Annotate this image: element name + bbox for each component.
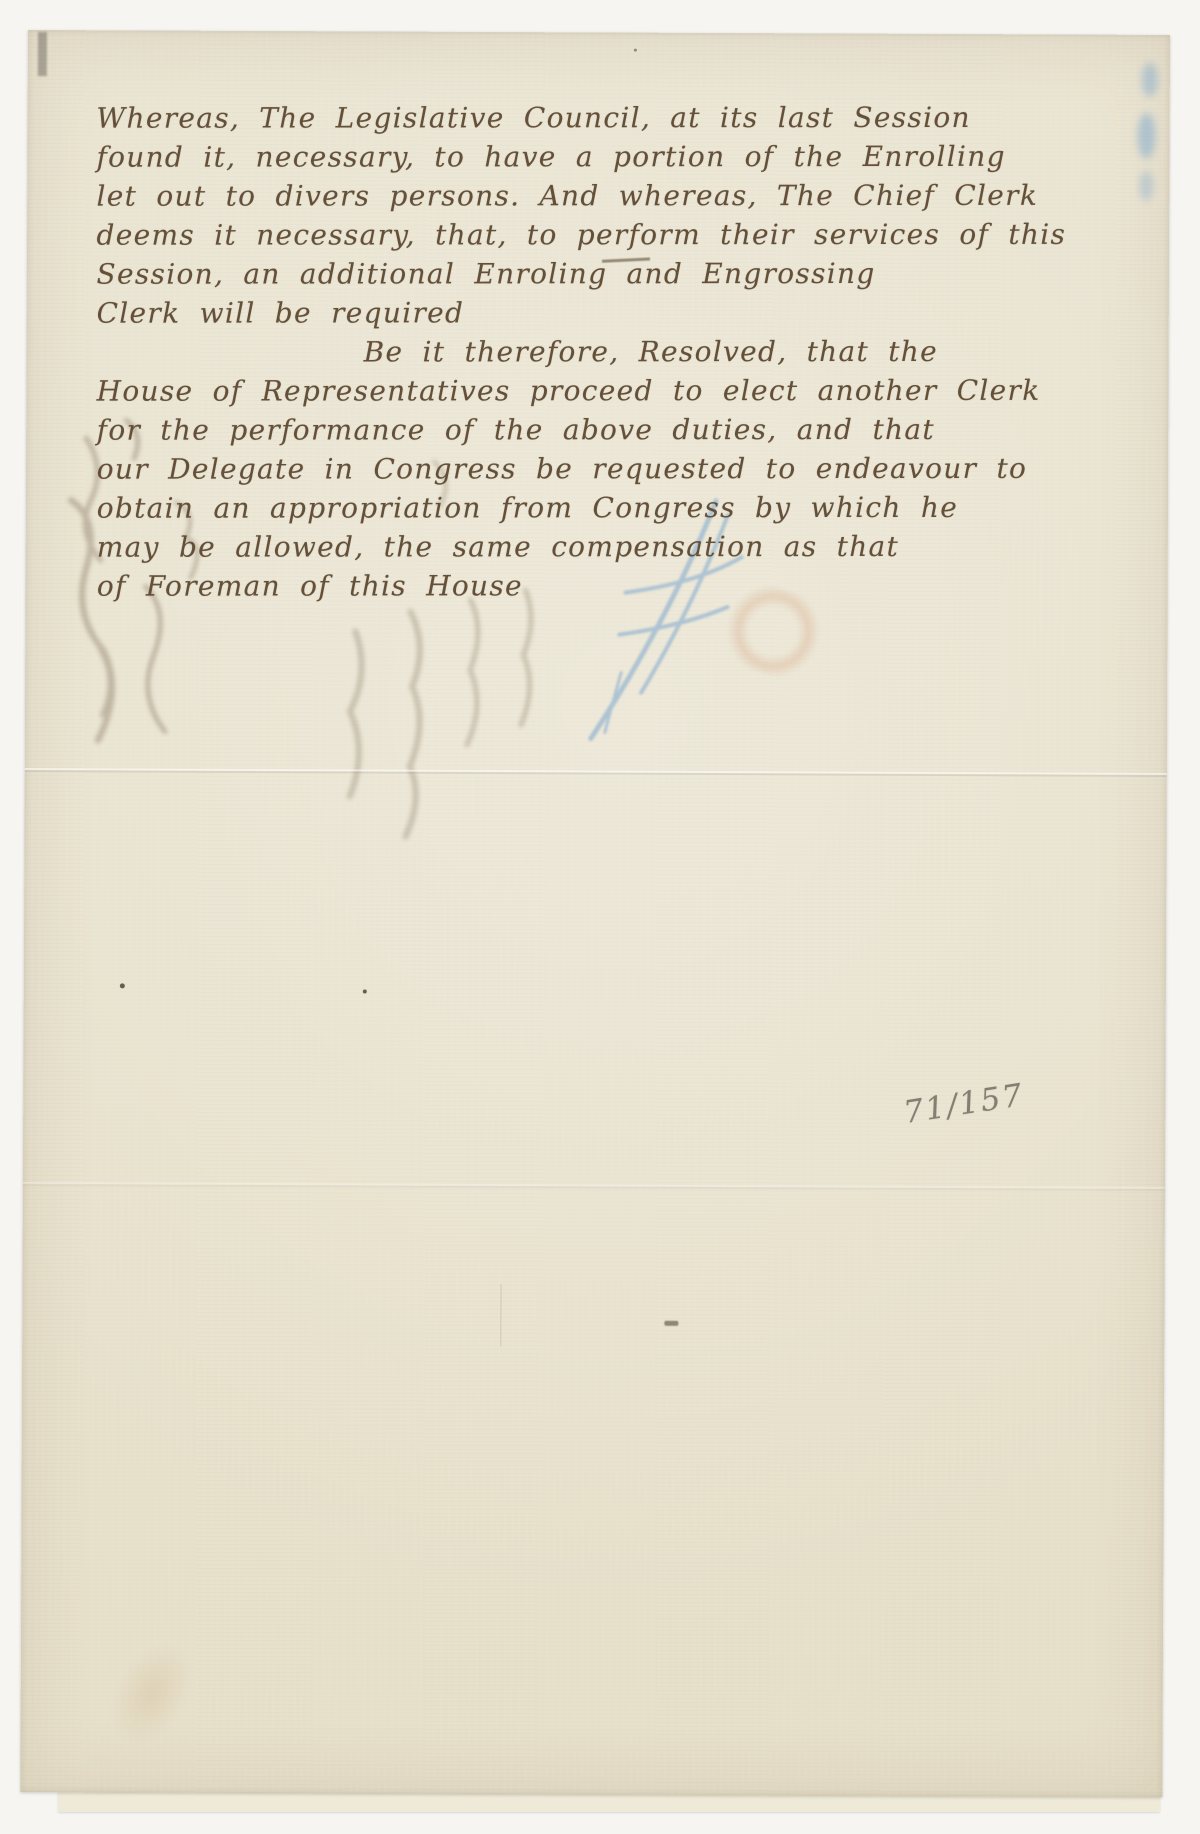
manuscript-line-6: Clerk will be required — [97, 293, 1007, 333]
blue-edge-smudge — [1142, 63, 1158, 97]
manuscript-line-5: Session, an additional Enroling and Engr… — [97, 254, 1007, 294]
manuscript-line-2: found it, necessary, to have a portion o… — [96, 137, 1006, 177]
manuscript-page: Whereas, The Legislative Council, at its… — [20, 30, 1170, 1797]
manuscript-line-13: of Foreman of this House — [97, 566, 1007, 606]
manuscript-line-1: Whereas, The Legislative Council, at its… — [96, 98, 1006, 138]
manuscript-line-12: may be allowed, the same compensation as… — [97, 527, 1007, 567]
paper-scratch — [500, 1284, 501, 1346]
fold-crease — [25, 768, 1167, 777]
fold-crease-faint — [23, 1182, 1165, 1191]
archival-number-annotation: 71/157 — [901, 1077, 1026, 1131]
ink-speck — [120, 983, 125, 988]
manuscript-text: Whereas, The Legislative Council, at its… — [96, 98, 1006, 606]
paper-stain — [95, 1629, 209, 1759]
manuscript-line-4: deems it necessary, that, to perform the… — [96, 215, 1006, 255]
blue-edge-smudge — [1139, 171, 1153, 201]
manuscript-line-7: Be it therefore, Resolved, that the — [97, 332, 1007, 372]
manuscript-line-11: obtain an appropriation from Congress by… — [97, 488, 1007, 528]
scan-edge-shadow — [38, 32, 47, 76]
manuscript-line-3: let out to divers persons. And whereas, … — [96, 176, 1006, 216]
ink-speck — [664, 1321, 678, 1326]
manuscript-line-10: our Delegate in Congress be requested to… — [97, 449, 1007, 489]
manuscript-line-8: House of Representatives proceed to elec… — [97, 371, 1007, 411]
blue-edge-smudge — [1137, 113, 1155, 159]
manuscript-line-9: for the performance of the above duties,… — [97, 410, 1007, 450]
ink-speck — [363, 989, 367, 993]
ink-speck — [634, 49, 637, 52]
